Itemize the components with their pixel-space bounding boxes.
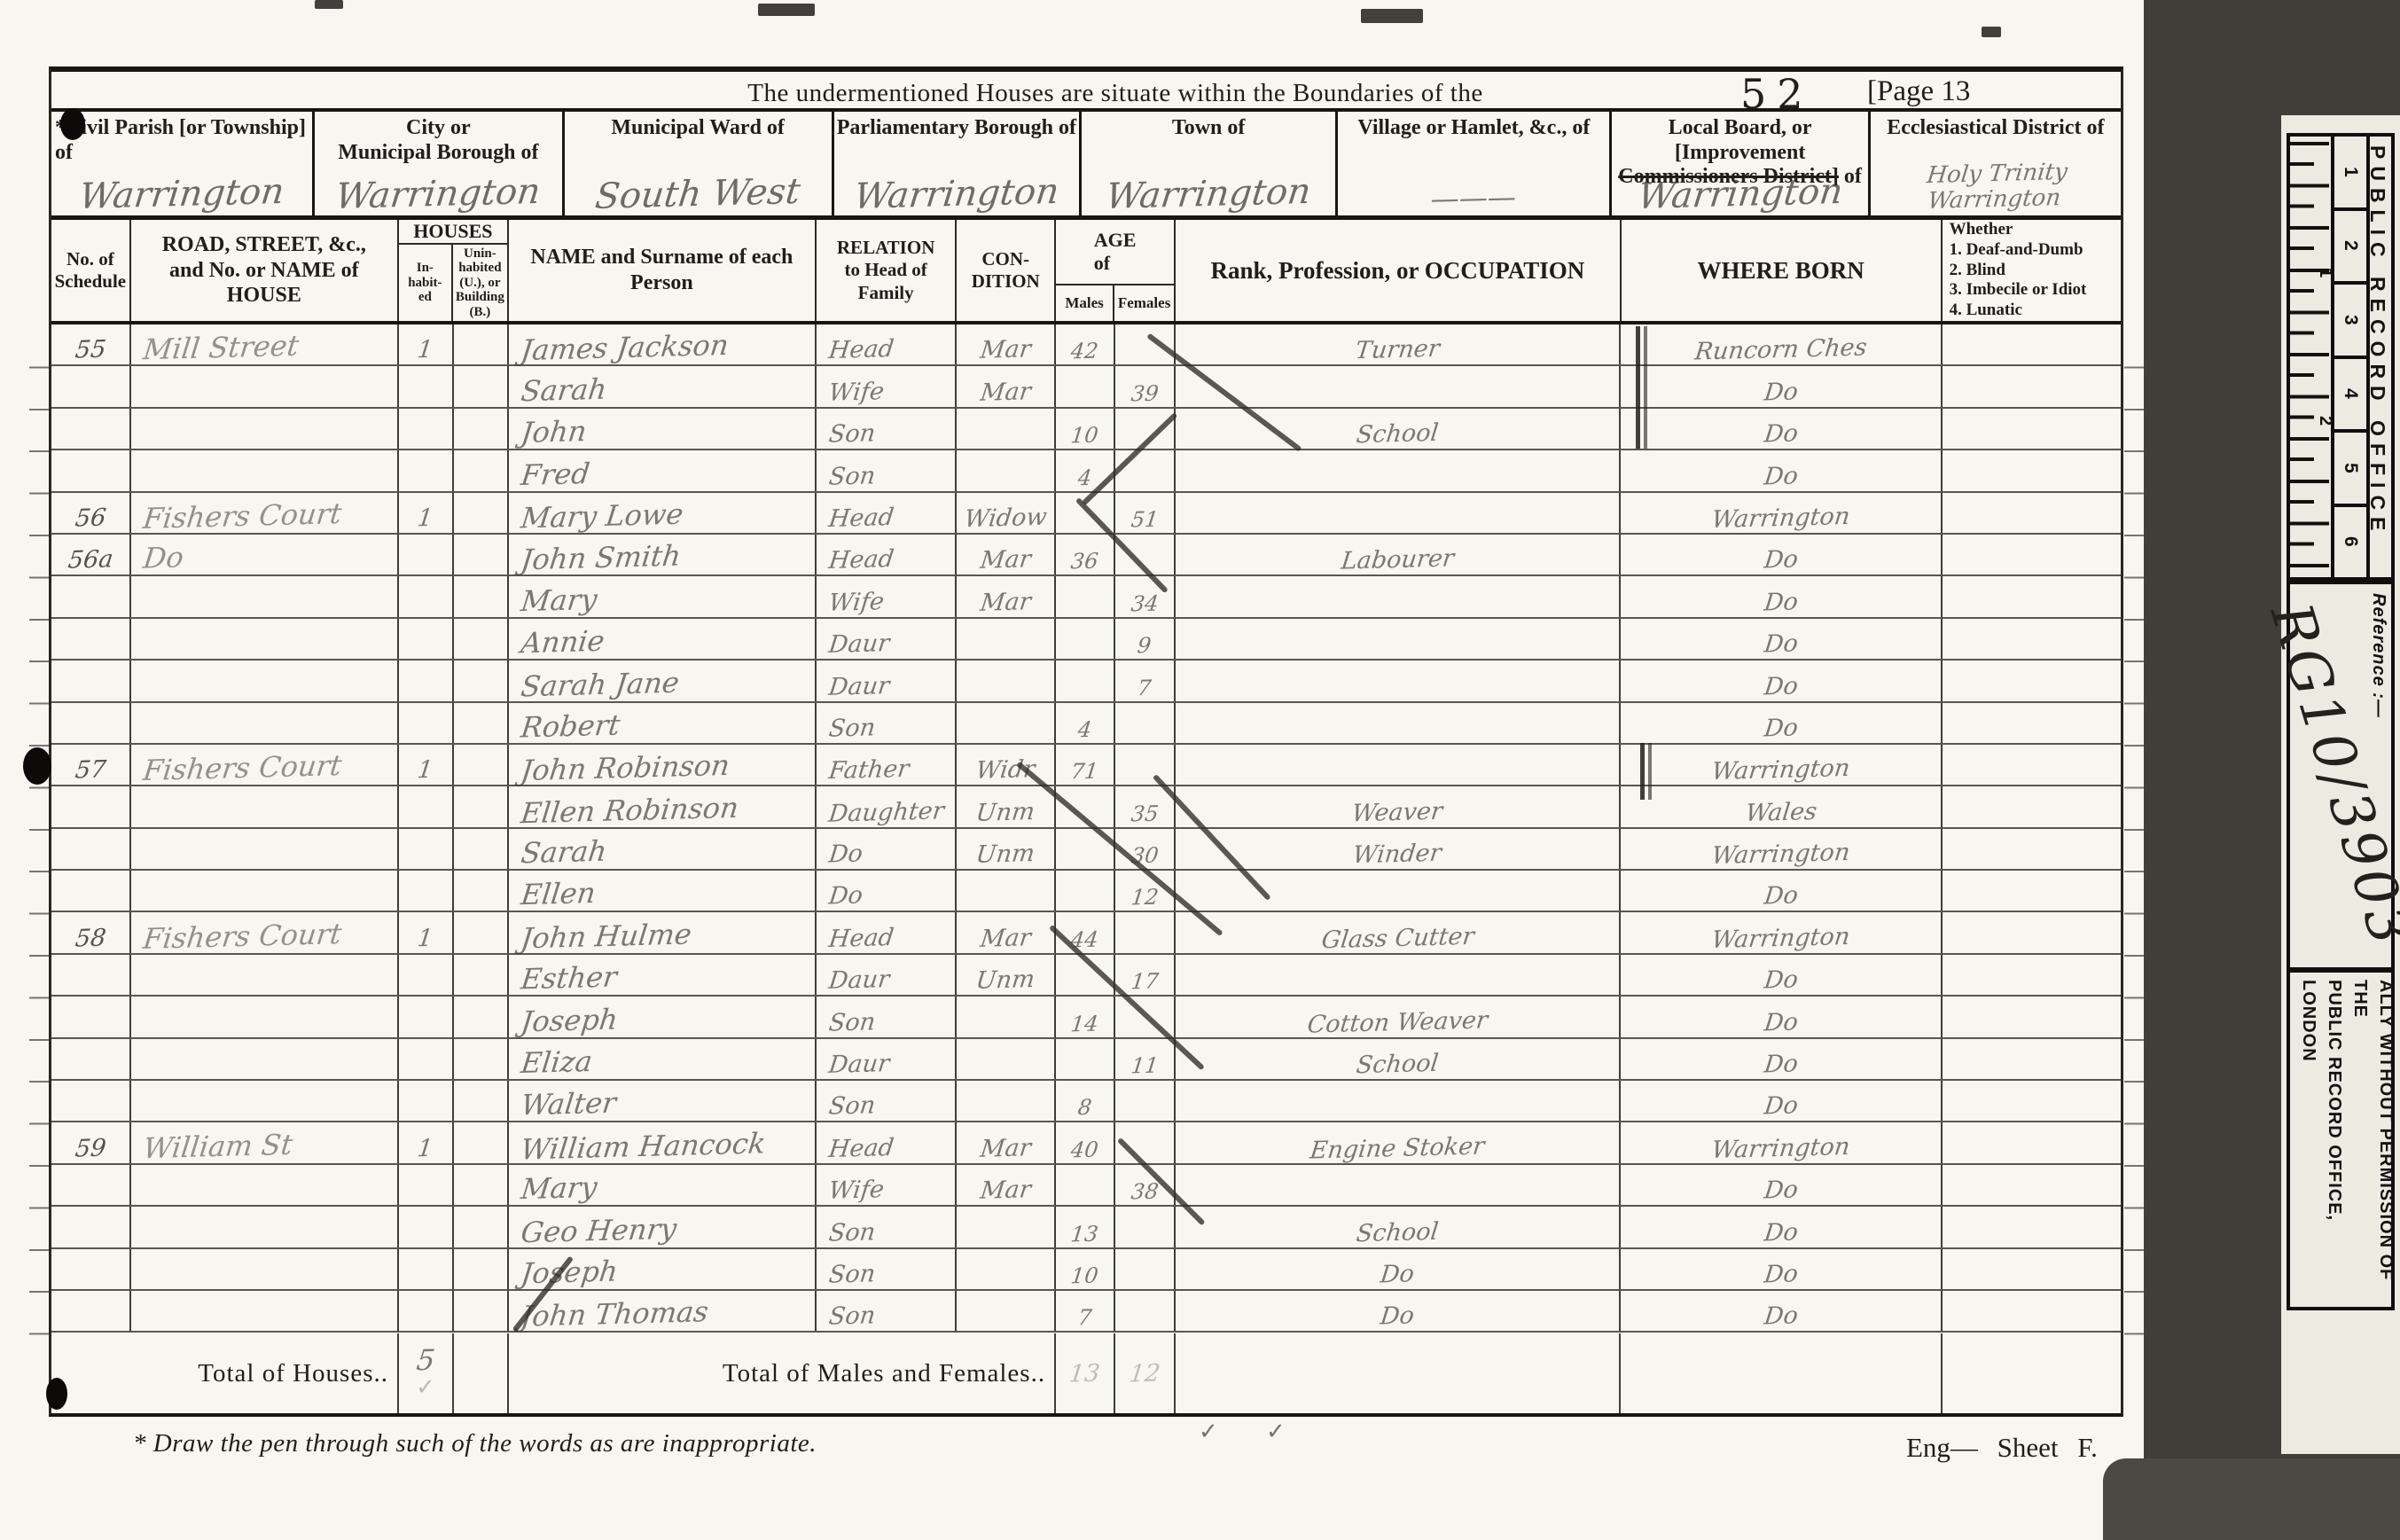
field-value: Warrington xyxy=(852,174,1060,215)
table-row: 57 Fishers Court 1 John Robinson Father … xyxy=(51,745,2121,786)
scale-box-number: 4 xyxy=(2340,388,2361,399)
cell-where-born: Do xyxy=(1763,464,1799,489)
table-row: Sarah Wife Mar 39 Do xyxy=(51,366,2121,408)
table-row: Joseph Son 10 Do Do xyxy=(51,1249,2121,1291)
row-line-stubs xyxy=(29,326,49,1337)
cell-where-born: Do xyxy=(1763,379,1799,404)
cell-condition: Mar xyxy=(979,338,1032,363)
cell-name: John Smith xyxy=(520,542,683,575)
field-value: Warrington xyxy=(1636,174,1844,215)
footnote: * Draw the pen through such of the words… xyxy=(133,1429,817,1458)
field-label: Parliamentary Borough of xyxy=(834,112,1079,141)
cell-condition: Mar xyxy=(979,379,1032,404)
scan-speck xyxy=(1361,9,1423,23)
field-value: Warrington xyxy=(1105,174,1313,215)
cell-age-female: 38 xyxy=(1130,1181,1159,1203)
cell-age-male: 13 xyxy=(1070,1223,1099,1245)
cell-inhabited: 1 xyxy=(417,926,434,950)
cell-age-female: 9 xyxy=(1137,635,1153,656)
cell-condition: Mar xyxy=(979,926,1032,950)
cell-name: James Jackson xyxy=(519,331,730,364)
cell-age-male: 7 xyxy=(1077,1307,1093,1328)
cell-occupation: Do xyxy=(1380,1304,1416,1329)
cell-road: William St xyxy=(142,1130,294,1162)
cell-where-born: Do xyxy=(1763,1052,1799,1077)
field-parliamentary-borough: Parliamentary Borough of Warrington xyxy=(834,112,1082,215)
cell-inhabited: 1 xyxy=(417,506,434,530)
field-value: Holy Trinity Warrington xyxy=(1922,160,2068,214)
cell-condition: Widow xyxy=(963,505,1048,531)
table-row: Robert Son 4 Do xyxy=(51,703,2121,745)
field-label: Ecclesiastical District of xyxy=(1871,112,2121,141)
copyright-box: COPYRIGHT PHOTOGRAPH—NOT TO BE REPRODUCE… xyxy=(2287,969,2395,1310)
table-row: 55 Mill Street 1 James Jackson Head Mar … xyxy=(51,324,2121,366)
column-group-age: AGE of Males Females xyxy=(1056,220,1176,321)
check-mark-icon: ✓ xyxy=(416,1374,435,1401)
cell-occupation: School xyxy=(1355,1219,1440,1245)
scale-boxes: 1 2 3 4 5 6 xyxy=(2331,137,2370,577)
field-value: South West xyxy=(593,174,801,215)
cell-schedule: 59 xyxy=(74,1136,107,1161)
cell-relation: Daur xyxy=(827,967,890,993)
scan-speck xyxy=(315,0,343,9)
cell-condition: Unm xyxy=(975,967,1036,993)
cell-occupation: Labourer xyxy=(1340,547,1455,574)
cell-occupation: Cotton Weaver xyxy=(1306,1008,1489,1036)
column-header-whether: Whether 1. Deaf-and-Dumb 2. Blind 3. Imb… xyxy=(1943,220,2121,321)
table-row: 56a Do John Smith Head Mar 36 Labourer D… xyxy=(51,535,2121,576)
cell-relation: Do xyxy=(827,842,864,867)
cell-name: Walter xyxy=(520,1089,618,1120)
cell-relation: Daur xyxy=(827,631,890,657)
reference-label: Reference :— xyxy=(2368,593,2388,718)
field-label: Village or Hamlet, &c., of xyxy=(1338,112,1609,141)
column-header-males: Males xyxy=(1056,285,1114,321)
field-civil-parish: *Civil Parish [or Township] of Warringto… xyxy=(51,112,315,215)
table-row: Mary Wife Mar 38 Do xyxy=(51,1165,2121,1207)
column-header-occupation: Rank, Profession, or OCCUPATION xyxy=(1176,220,1622,321)
cell-relation: Wife xyxy=(827,379,885,405)
table-row: 59 William St 1 William Hancock Head Mar… xyxy=(51,1122,2121,1164)
table-header: No. of Schedule ROAD, STREET, &c., and N… xyxy=(51,220,2121,324)
cell-where-born: Do xyxy=(1763,968,1799,993)
scale-box-number: 6 xyxy=(2340,536,2361,547)
cell-age-male: 40 xyxy=(1070,1138,1099,1161)
cell-occupation: Engine Stoker xyxy=(1309,1134,1486,1162)
column-header-age: AGE of xyxy=(1056,220,1174,285)
cell-name: Eliza xyxy=(520,1047,594,1077)
table-row: Walter Son 8 Do xyxy=(51,1081,2121,1122)
cell-road: Fishers Court xyxy=(142,751,343,785)
cell-name: Ellen Robinson xyxy=(519,793,739,826)
scan-speck xyxy=(758,4,815,16)
cell-schedule: 58 xyxy=(74,926,107,950)
field-value: ——— xyxy=(1429,183,1518,214)
table-row: Ellen Do 12 Do xyxy=(51,871,2121,912)
cell-relation: Wife xyxy=(827,1177,885,1203)
cell-name: Sarah xyxy=(520,837,608,868)
check-mark-icon: ✓ xyxy=(1199,1419,1218,1445)
cell-condition: Unm xyxy=(975,841,1036,867)
scale-box-number: 5 xyxy=(2340,463,2361,473)
cell-where-born: Do xyxy=(1763,1010,1799,1035)
column-header-road: ROAD, STREET, &c., and No. or NAME of HO… xyxy=(131,220,399,321)
punch-hole-icon xyxy=(60,108,85,140)
check-mark-icon: ✓ xyxy=(1266,1419,1286,1445)
cell-road: Do xyxy=(142,543,185,573)
punch-hole-icon xyxy=(46,1378,67,1410)
cell-occupation: Glass Cutter xyxy=(1320,925,1475,952)
cell-age-female: 34 xyxy=(1130,592,1159,614)
pencil-mark xyxy=(1636,326,1647,449)
table-row: Sarah Do Unm 30 Winder Warrington xyxy=(51,829,2121,871)
cell-relation: Head xyxy=(827,547,895,573)
column-header-condition: CON- DITION xyxy=(957,220,1056,321)
cell-relation: Head xyxy=(827,926,895,951)
cell-age-male: 4 xyxy=(1077,719,1093,740)
ruler-ticks-icon xyxy=(2290,162,2314,577)
cell-occupation: School xyxy=(1355,421,1440,447)
column-header-relation: RELATION to Head of Family xyxy=(817,220,958,321)
column-header-schedule: No. of Schedule xyxy=(51,220,131,321)
table-row: Fred Son 4 Do xyxy=(51,450,2121,492)
column-header-females: Females xyxy=(1114,285,1174,321)
cell-where-born: Do xyxy=(1763,884,1799,909)
column-header-name: NAME and Surname of each Person xyxy=(509,220,817,321)
cell-where-born: Warrington xyxy=(1710,504,1851,532)
reference-box: Reference :— RG10/3903 xyxy=(2287,581,2395,971)
field-local-board: Local Board, or [Improvement Commissione… xyxy=(1612,112,1870,215)
total-females-value: 12 xyxy=(1128,1361,1161,1386)
cell-relation: Son xyxy=(827,421,876,446)
cell-where-born: Warrington xyxy=(1710,925,1851,952)
cell-age-female: 12 xyxy=(1130,887,1159,909)
cell-road: Fishers Court xyxy=(142,919,343,953)
total-males-females-label: Total of Males and Females.. xyxy=(723,1359,1045,1388)
census-form: The undermentioned Houses are situate wi… xyxy=(49,66,2123,1417)
table-row: John Thomas Son 7 Do Do xyxy=(51,1291,2121,1333)
cell-age-male: 10 xyxy=(1070,425,1099,447)
scale-box-number: 3 xyxy=(2340,315,2361,325)
field-label: Town of xyxy=(1082,112,1335,141)
field-label: City or Municipal Borough of xyxy=(315,112,561,165)
cell-relation: Son xyxy=(827,1010,876,1035)
cell-name: Mary Lowe xyxy=(520,500,685,533)
cell-age-female: 11 xyxy=(1130,1055,1159,1077)
cell-occupation: Do xyxy=(1380,1262,1416,1286)
table-row: Mary Wife Mar 34 Do xyxy=(51,576,2121,618)
cell-where-born: Wales xyxy=(1744,800,1818,825)
cell-name: Mary xyxy=(520,1173,598,1203)
total-houses-label: Total of Houses.. xyxy=(198,1359,388,1388)
cell-occupation: School xyxy=(1355,1051,1440,1077)
cell-occupation: Winder xyxy=(1352,841,1443,868)
total-houses-value: 5 xyxy=(415,1346,436,1375)
column-header-uninhabited: Unin- habited (U.), or Building (B.) xyxy=(453,245,507,321)
column-header-inhabited: In- habit- ed xyxy=(399,245,453,321)
cell-where-born: Do xyxy=(1763,590,1799,614)
ruler: 1 2 1 2 3 4 5 6 PUBLIC RECORD OFFICE xyxy=(2287,133,2395,581)
cell-schedule: 56 xyxy=(74,506,107,531)
table-row: Joseph Son 14 Cotton Weaver Do xyxy=(51,997,2121,1038)
cell-inhabited: 1 xyxy=(417,1137,434,1161)
cell-relation: Son xyxy=(827,1262,876,1286)
cell-age-female: 51 xyxy=(1130,509,1159,531)
field-label: *Civil Parish [or Township] of xyxy=(51,112,312,165)
sheet-label: Eng— Sheet F. xyxy=(1906,1432,2098,1464)
cell-relation: Son xyxy=(827,1304,876,1329)
cell-relation: Daughter xyxy=(827,799,945,825)
cell-where-born: Do xyxy=(1763,632,1799,657)
cell-age-male: 71 xyxy=(1070,761,1099,783)
public-record-office-label: PUBLIC RECORD OFFICE xyxy=(2365,145,2389,571)
totals-row: Total of Houses.. 5 ✓ Total of Males and… xyxy=(51,1333,2121,1413)
cell-relation: Son xyxy=(827,1094,876,1119)
folio-number: 52 xyxy=(1740,70,1814,118)
scan-dark-corner xyxy=(2103,1458,2400,1540)
cell-road: Mill Street xyxy=(142,332,301,364)
cell-age-female: 7 xyxy=(1137,676,1153,698)
cell-condition: Mar xyxy=(979,1177,1032,1202)
cell-relation: Son xyxy=(827,1220,876,1245)
title-band: The undermentioned Houses are situate wi… xyxy=(51,72,2121,112)
column-group-houses: HOUSES In- habit- ed Unin- habited (U.),… xyxy=(399,220,509,321)
cell-condition: Mar xyxy=(979,1136,1032,1161)
cell-age-male: 10 xyxy=(1070,1265,1099,1287)
table-row: Geo Henry Son 13 School Do xyxy=(51,1207,2121,1248)
total-males-value: 13 xyxy=(1068,1361,1102,1386)
cell-name: Sarah Jane xyxy=(520,668,681,700)
cell-where-born: Do xyxy=(1763,1304,1799,1329)
cell-schedule: 57 xyxy=(74,758,107,783)
pencil-mark xyxy=(1640,743,1652,800)
cell-name: John Robinson xyxy=(519,751,731,785)
cell-relation: Daur xyxy=(827,674,890,700)
cell-age-male: 8 xyxy=(1077,1097,1093,1118)
cell-name: Fred xyxy=(520,459,591,489)
copyright-notice: COPYRIGHT PHOTOGRAPH—NOT TO BE REPRODUCE… xyxy=(2295,980,2400,1300)
table-row: Sarah Jane Daur 7 Do xyxy=(51,661,2121,702)
cell-name: John Hulme xyxy=(520,919,693,952)
table-row: John Son 10 School Do xyxy=(51,409,2121,450)
cell-name: Ellen xyxy=(520,879,597,909)
cell-age-female: 39 xyxy=(1130,382,1159,404)
cell-where-born: Do xyxy=(1763,548,1799,573)
field-value: Warrington xyxy=(78,174,286,215)
cell-relation: Wife xyxy=(827,590,885,615)
cell-occupation: Turner xyxy=(1354,337,1441,363)
cell-where-born: Do xyxy=(1763,1094,1799,1119)
field-municipal-borough: City or Municipal Borough of Warrington xyxy=(315,112,564,215)
scale-box-number: 2 xyxy=(2340,240,2361,251)
cell-where-born: Warrington xyxy=(1710,840,1851,868)
census-scan: 1 2 1 2 3 4 5 6 PUBLIC RECORD OFFICE Ref… xyxy=(0,0,2400,1540)
cell-age-female: 17 xyxy=(1130,971,1159,993)
punch-hole-icon xyxy=(23,747,51,785)
cell-where-born: Warrington xyxy=(1710,756,1851,784)
cell-schedule: 55 xyxy=(74,338,107,363)
field-village: Village or Hamlet, &c., of ——— xyxy=(1338,112,1612,215)
cell-age-male: 4 xyxy=(1077,466,1093,488)
cell-relation: Do xyxy=(827,884,864,909)
cell-relation: Son xyxy=(827,464,876,489)
table-row: Annie Daur 9 Do xyxy=(51,619,2121,661)
scale-box-number: 1 xyxy=(2340,167,2361,177)
cell-name: Annie xyxy=(520,627,606,657)
cell-relation: Head xyxy=(827,337,895,363)
page-title: The undermentioned Houses are situate wi… xyxy=(672,79,1559,108)
cell-condition: Mar xyxy=(979,590,1032,614)
cell-name: Robert xyxy=(520,710,621,741)
row-line-stubs xyxy=(2124,326,2144,1337)
cell-relation: Head xyxy=(827,505,895,531)
cell-name: Geo Henry xyxy=(520,1214,678,1247)
table-row: Eliza Daur 11 School Do xyxy=(51,1039,2121,1081)
cell-where-born: Do xyxy=(1763,1262,1799,1286)
column-header-where-born: WHERE BORN xyxy=(1622,220,1943,321)
cell-relation: Father xyxy=(827,757,911,783)
cell-schedule: 56a xyxy=(66,548,114,573)
field-ecclesiastical-district: Ecclesiastical District of Holy Trinity … xyxy=(1871,112,2121,215)
field-town: Town of Warrington xyxy=(1082,112,1338,215)
cell-name: Sarah xyxy=(520,375,608,406)
cell-road: Fishers Court xyxy=(142,499,343,533)
cell-relation: Son xyxy=(827,715,876,740)
cell-where-born: Do xyxy=(1763,674,1799,699)
cell-name: Esther xyxy=(520,963,619,994)
field-value: Warrington xyxy=(334,174,543,215)
column-header-houses: HOUSES xyxy=(399,220,507,245)
cell-where-born: Do xyxy=(1763,422,1799,447)
cell-name: Mary xyxy=(520,585,598,615)
cell-where-born: Do xyxy=(1763,715,1799,740)
field-label: Municipal Ward of xyxy=(565,112,832,141)
cell-where-born: Runcorn Ches xyxy=(1693,336,1868,364)
cell-where-born: Do xyxy=(1763,1220,1799,1245)
pro-scale-card: 1 2 1 2 3 4 5 6 PUBLIC RECORD OFFICE Ref… xyxy=(2281,115,2400,1454)
cell-name: Joseph xyxy=(520,1005,620,1036)
cell-inhabited: 1 xyxy=(417,338,434,362)
cell-age-female: 35 xyxy=(1130,802,1159,825)
scan-speck xyxy=(1982,27,2001,37)
cell-occupation: Weaver xyxy=(1351,799,1444,825)
cell-name: William Hancock xyxy=(519,1129,767,1163)
page-number: [Page 13 xyxy=(1867,75,1970,108)
cell-age-male: 42 xyxy=(1070,340,1099,363)
cell-relation: Daur xyxy=(827,1051,890,1077)
cell-condition: Mar xyxy=(979,548,1032,573)
cell-inhabited: 1 xyxy=(417,758,434,782)
cell-name: John xyxy=(520,417,588,447)
field-label: Local Board, or [Improvement xyxy=(1669,116,1812,164)
field-municipal-ward: Municipal Ward of South West xyxy=(565,112,834,215)
cell-relation: Head xyxy=(827,1136,895,1161)
cell-where-born: Do xyxy=(1763,1178,1799,1203)
cell-age-male: 36 xyxy=(1070,551,1099,573)
cell-where-born: Warrington xyxy=(1710,1135,1851,1162)
district-fields: *Civil Parish [or Township] of Warringto… xyxy=(51,112,2121,220)
cell-age-male: 14 xyxy=(1070,1012,1099,1035)
cell-name: John Thomas xyxy=(520,1298,710,1332)
table-row: 58 Fishers Court 1 John Hulme Head Mar 4… xyxy=(51,912,2121,954)
table-body: 55 Mill Street 1 James Jackson Head Mar … xyxy=(51,324,2121,1333)
cell-condition: Unm xyxy=(975,800,1036,825)
